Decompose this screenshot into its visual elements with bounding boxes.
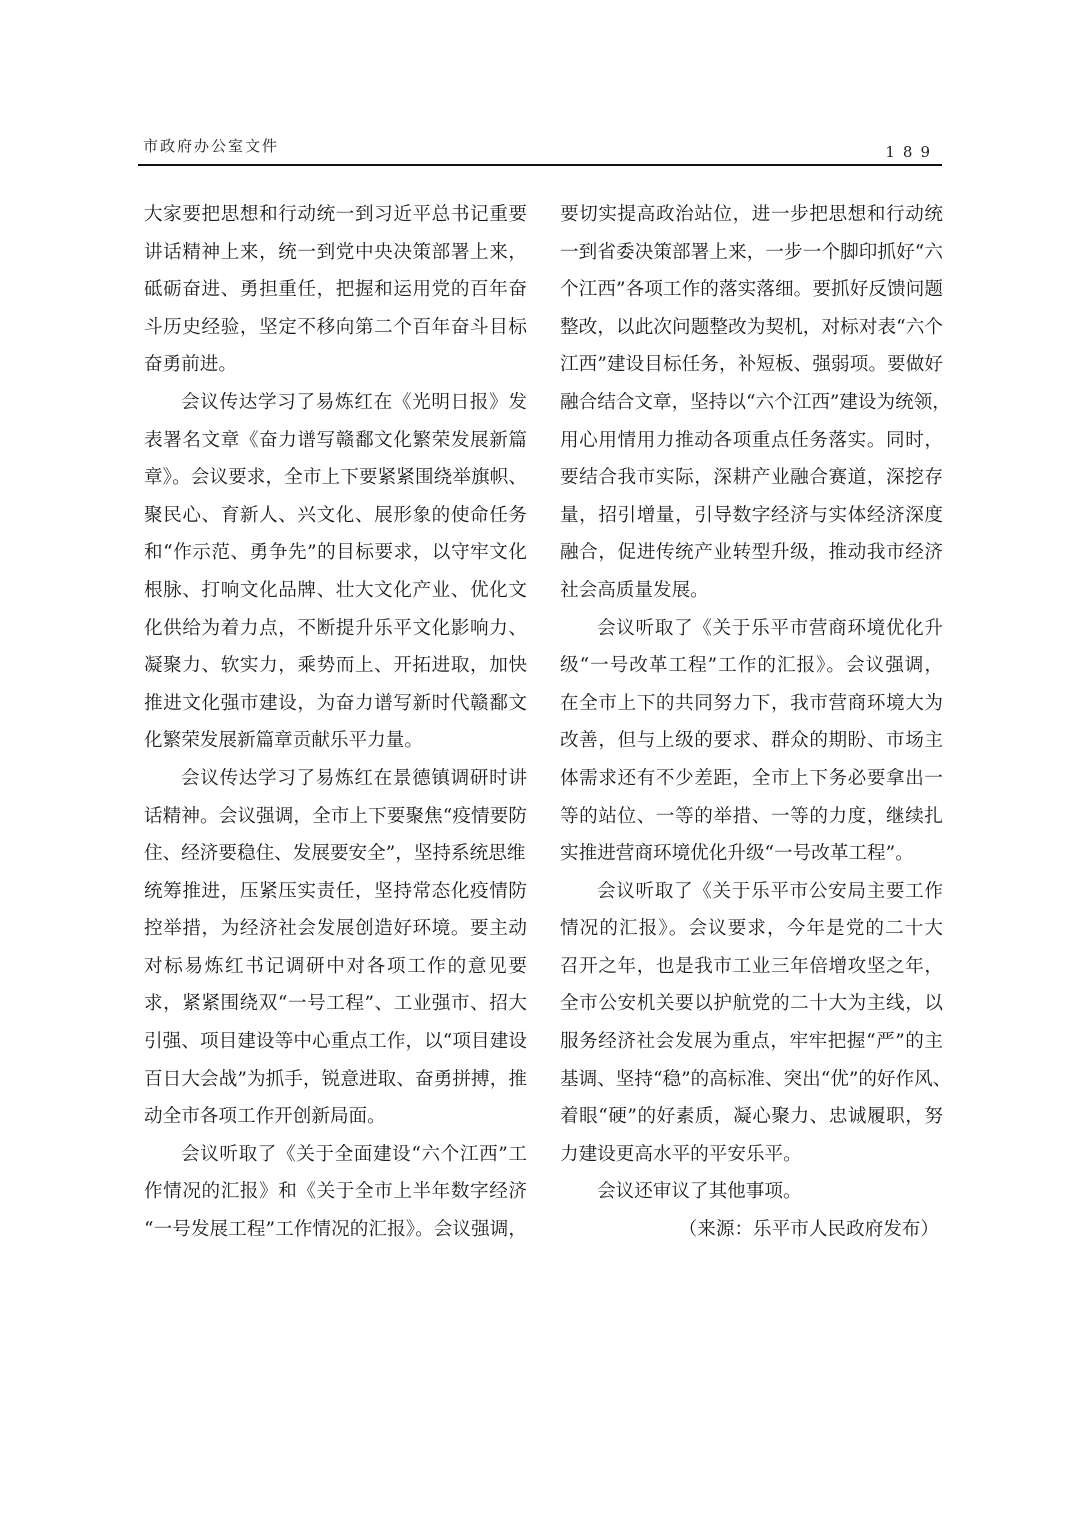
text-line: 作情况的汇报》和《关于全市上半年数字经济 — [144, 1173, 527, 1211]
text-line: 着眼“硬”的好素质，凝心聚力、忠诚履职，努 — [560, 1098, 943, 1136]
text-line: 要切实提高政治站位，进一步把思想和行动统 — [560, 196, 943, 234]
text-line: 等的站位、一等的举措、一等的力度，继续扎 — [560, 798, 943, 836]
text-line: 融合结合文章，坚持以“六个江西”建设为统领， — [560, 384, 943, 422]
text-line: 会议还审议了其他事项。 — [560, 1173, 943, 1211]
text-line: 斗历史经验，坚定不移向第二个百年奋斗目标 — [144, 309, 527, 347]
text-line: 奋勇前进。 — [144, 346, 527, 384]
text-line: 江西”建设目标任务，补短板、强弱项。要做好 — [560, 346, 943, 384]
text-line: 实推进营商环境优化升级“一号改革工程”。 — [560, 835, 943, 873]
running-header-title: 市政府办公室文件 — [143, 135, 279, 156]
text-line: 要结合我市实际，深耕产业融合赛道，深挖存 — [560, 459, 943, 497]
text-line: 力建设更高水平的平安乐平。 — [560, 1136, 943, 1174]
text-line: 在全市上下的共同努力下，我市营商环境大为 — [560, 685, 943, 723]
text-line: 话精神。会议强调，全市上下要聚焦“疫情要防 — [144, 798, 527, 836]
text-line: 聚民心、育新人、兴文化、展形象的使命任务 — [144, 497, 527, 535]
text-line: 推进文化强市建设，为奋力谱写新时代赣鄱文 — [144, 685, 527, 723]
text-line: 化供给为着力点，不断提升乐平文化影响力、 — [144, 610, 527, 648]
text-line: 引强、项目建设等中心重点工作，以“项目建设 — [144, 1023, 527, 1061]
text-line: “一号发展工程”工作情况的汇报》。会议强调， — [144, 1211, 527, 1249]
text-line: 基调、坚持“稳”的高标准、突出“优”的好作风、 — [560, 1061, 943, 1099]
header-rule — [138, 164, 942, 166]
text-line: 会议听取了《关于乐平市公安局主要工作 — [560, 873, 943, 911]
text-line: 一到省委决策部署上来，一步一个脚印抓好“六 — [560, 234, 943, 272]
text-line: 统筹推进，压紧压实责任，坚持常态化疫情防 — [144, 873, 527, 911]
text-line: 会议传达学习了易炼红在《光明日报》发 — [144, 384, 527, 422]
text-line: 控举措，为经济社会发展创造好环境。要主动 — [144, 910, 527, 948]
text-line: 体需求还有不少差距，全市上下务必要拿出一 — [560, 760, 943, 798]
text-line: 百日大会战”为抓手，锐意进取、奋勇拼搏，推 — [144, 1061, 527, 1099]
text-line: 对标易炼红书记调研中对各项工作的意见要 — [144, 948, 527, 986]
text-line: 会议听取了《关于全面建设“六个江西”工 — [144, 1136, 527, 1174]
left-column: 大家要把思想和行动统一到习近平总书记重要讲话精神上来，统一到党中央决策部署上来，… — [144, 196, 527, 1249]
running-header: 市政府办公室文件 189 — [140, 133, 940, 163]
text-line: 改善，但与上级的要求、群众的期盼、市场主 — [560, 722, 943, 760]
text-line: 住、经济要稳住、发展要安全”，坚持系统思维， — [144, 835, 527, 873]
page-number: 189 — [885, 143, 938, 161]
text-line: 求，紧紧围绕双“一号工程”、工业强市、招大 — [144, 985, 527, 1023]
text-line: 全市公安机关要以护航党的二十大为主线，以 — [560, 985, 943, 1023]
text-line: 情况的汇报》。会议要求，今年是党的二十大 — [560, 910, 943, 948]
text-line: 讲话精神上来，统一到党中央决策部署上来， — [144, 234, 527, 272]
text-line: 级“一号改革工程”工作的汇报》。会议强调， — [560, 647, 943, 685]
text-line: 凝聚力、软实力，乘势而上、开拓进取，加快 — [144, 647, 527, 685]
text-line: 召开之年，也是我市工业三年倍增攻坚之年， — [560, 948, 943, 986]
text-line: 砥砺奋进、勇担重任，把握和运用党的百年奋 — [144, 271, 527, 309]
text-line: 表署名文章《奋力谱写赣鄱文化繁荣发展新篇 — [144, 422, 527, 460]
text-line: 根脉、打响文化品牌、壮大文化产业、优化文 — [144, 572, 527, 610]
text-line: 章》。会议要求，全市上下要紧紧围绕举旗帜、 — [144, 459, 527, 497]
text-line: 会议传达学习了易炼红在景德镇调研时讲 — [144, 760, 527, 798]
right-column: 要切实提高政治站位，进一步把思想和行动统一到省委决策部署上来，一步一个脚印抓好“… — [560, 196, 943, 1249]
text-line: 社会高质量发展。 — [560, 572, 943, 610]
text-line: 量，招引增量，引导数字经济与实体经济深度 — [560, 497, 943, 535]
text-line: 个江西”各项工作的落实落细。要抓好反馈问题 — [560, 271, 943, 309]
text-line: 用心用情用力推动各项重点任务落实。同时， — [560, 422, 943, 460]
text-line: 整改，以此次问题整改为契机，对标对表“六个 — [560, 309, 943, 347]
text-line: 和“作示范、勇争先”的目标要求，以守牢文化 — [144, 534, 527, 572]
source-attribution: （来源：乐平市人民政府发布） — [560, 1211, 943, 1249]
text-line: 大家要把思想和行动统一到习近平总书记重要 — [144, 196, 527, 234]
text-line: 动全市各项工作开创新局面。 — [144, 1098, 527, 1136]
text-line: 会议听取了《关于乐平市营商环境优化升 — [560, 610, 943, 648]
text-line: 融合，促进传统产业转型升级，推动我市经济 — [560, 534, 943, 572]
text-line: 化繁荣发展新篇章贡献乐平力量。 — [144, 722, 527, 760]
text-line: 服务经济社会发展为重点，牢牢把握“严”的主 — [560, 1023, 943, 1061]
